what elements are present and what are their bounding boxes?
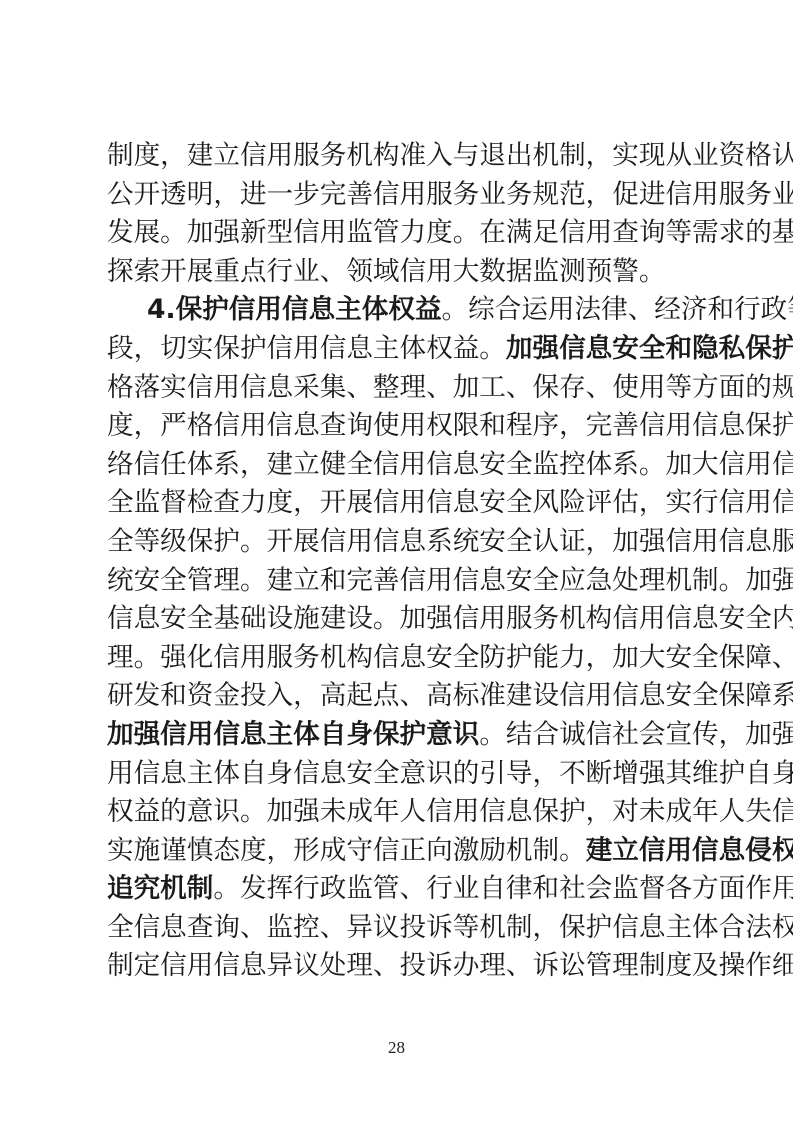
body-text: 研发和资金投入，高起点、高标准建设信用信息安全保障系统。	[107, 680, 793, 711]
page-number: 28	[0, 1038, 793, 1058]
body-text: 理。强化信用服务机构信息安全防护能力，加大安全保障、技术	[107, 642, 793, 673]
text-line: 实施谨慎态度，形成守信正向激励机制。建立信用信息侵权责任	[107, 832, 695, 871]
text-line: 4.保护信用信息主体权益。综合运用法律、经济和行政等手	[107, 291, 695, 330]
text-line: 公开透明，进一步完善信用服务业务规范，促进信用服务业健康	[107, 176, 695, 215]
text-line: 研发和资金投入，高起点、高标准建设信用信息安全保障系统。	[107, 677, 695, 716]
text-line: 探索开展重点行业、领域信用大数据监测预警。	[107, 253, 695, 292]
body-text: 统安全管理。建立和完善信用信息安全应急处理机制。加强信用	[107, 565, 793, 596]
text-line: 全信息查询、监控、异议投诉等机制，保护信息主体合法权益。	[107, 909, 695, 948]
text-line: 追究机制。发挥行政监管、行业自律和社会监督各方面作用，健	[107, 870, 695, 909]
text-line: 全监督检查力度，开展信用信息安全风险评估，实行信用信息安	[107, 484, 695, 523]
text-line: 加强信用信息主体自身保护意识。结合诚信社会宣传，加强对信	[107, 716, 695, 755]
text-line: 信息安全基础设施建设。加强信用服务机构信用信息安全内部管	[107, 600, 695, 639]
body-text: 。结合诚信社会宣传，加强对信	[479, 719, 793, 750]
body-text: 格落实信用信息采集、整理、加工、保存、使用等方面的规章制	[107, 372, 793, 403]
text-line: 权益的意识。加强未成年人信用信息保护，对未成年人失信行为	[107, 793, 695, 832]
text-line: 段，切实保护信用信息主体权益。加强信息安全和隐私保护。严	[107, 330, 695, 369]
text-line: 理。强化信用服务机构信息安全防护能力，加大安全保障、技术	[107, 639, 695, 678]
text-line: 格落实信用信息采集、整理、加工、保存、使用等方面的规章制	[107, 369, 695, 408]
body-text: 制定信用信息异议处理、投诉办理、诉讼管理制度及操作细则。	[107, 950, 793, 981]
body-text: 全等级保护。开展信用信息系统安全认证，加强信用信息服务系	[107, 526, 793, 557]
body-text: 。发挥行政监管、行业自律和社会监督各方面作用，健	[213, 873, 793, 904]
body-text: 发展。加强新型信用监管力度。在满足信用查询等需求的基础上，	[107, 217, 793, 248]
text-line: 制度，建立信用服务机构准入与退出机制，实现从业资格认定的	[107, 137, 695, 176]
body-text: 制度，建立信用服务机构准入与退出机制，实现从业资格认定的	[107, 140, 793, 171]
text-line: 度，严格信用信息查询使用权限和程序，完善信用信息保护和网	[107, 407, 695, 446]
body-text: 段，切实保护信用信息主体权益。	[107, 333, 506, 364]
bold-heading-text: 加强信用信息主体自身保护意识	[107, 719, 479, 750]
body-text: 权益的意识。加强未成年人信用信息保护，对未成年人失信行为	[107, 796, 793, 827]
body-text: 公开透明，进一步完善信用服务业务规范，促进信用服务业健康	[107, 179, 793, 210]
text-line: 统安全管理。建立和完善信用信息安全应急处理机制。加强信用	[107, 562, 695, 601]
bold-heading-text: 建立信用信息侵权责任	[586, 835, 793, 866]
body-text: 络信任体系，建立健全信用信息安全监控体系。加大信用信息安	[107, 449, 793, 480]
body-text: 用信息主体自身信息安全意识的引导，不断增强其维护自身合法	[107, 758, 793, 789]
body-text: 。综合运用法律、经济和行政等手	[442, 294, 793, 325]
bold-heading-text: 加强信息安全和隐私保护。	[506, 333, 793, 364]
body-text: 信息安全基础设施建设。加强信用服务机构信用信息安全内部管	[107, 603, 793, 634]
body-text: 度，严格信用信息查询使用权限和程序，完善信用信息保护和网	[107, 410, 793, 441]
text-line: 发展。加强新型信用监管力度。在满足信用查询等需求的基础上，	[107, 214, 695, 253]
body-text: 全监督检查力度，开展信用信息安全风险评估，实行信用信息安	[107, 487, 793, 518]
text-line: 络信任体系，建立健全信用信息安全监控体系。加大信用信息安	[107, 446, 695, 485]
body-text: 全信息查询、监控、异议投诉等机制，保护信息主体合法权益。	[107, 912, 793, 943]
bold-heading-text: 追究机制	[107, 873, 213, 904]
bold-heading-text: 4.保护信用信息主体权益	[147, 294, 442, 325]
body-text: 实施谨慎态度，形成守信正向激励机制。	[107, 835, 586, 866]
text-line: 用信息主体自身信息安全意识的引导，不断增强其维护自身合法	[107, 755, 695, 794]
text-line: 制定信用信息异议处理、投诉办理、诉讼管理制度及操作细则。	[107, 947, 695, 986]
text-line: 全等级保护。开展信用信息系统安全认证，加强信用信息服务系	[107, 523, 695, 562]
document-body: 制度，建立信用服务机构准入与退出机制，实现从业资格认定的公开透明，进一步完善信用…	[107, 137, 695, 986]
body-text: 探索开展重点行业、领域信用大数据监测预警。	[107, 256, 665, 287]
